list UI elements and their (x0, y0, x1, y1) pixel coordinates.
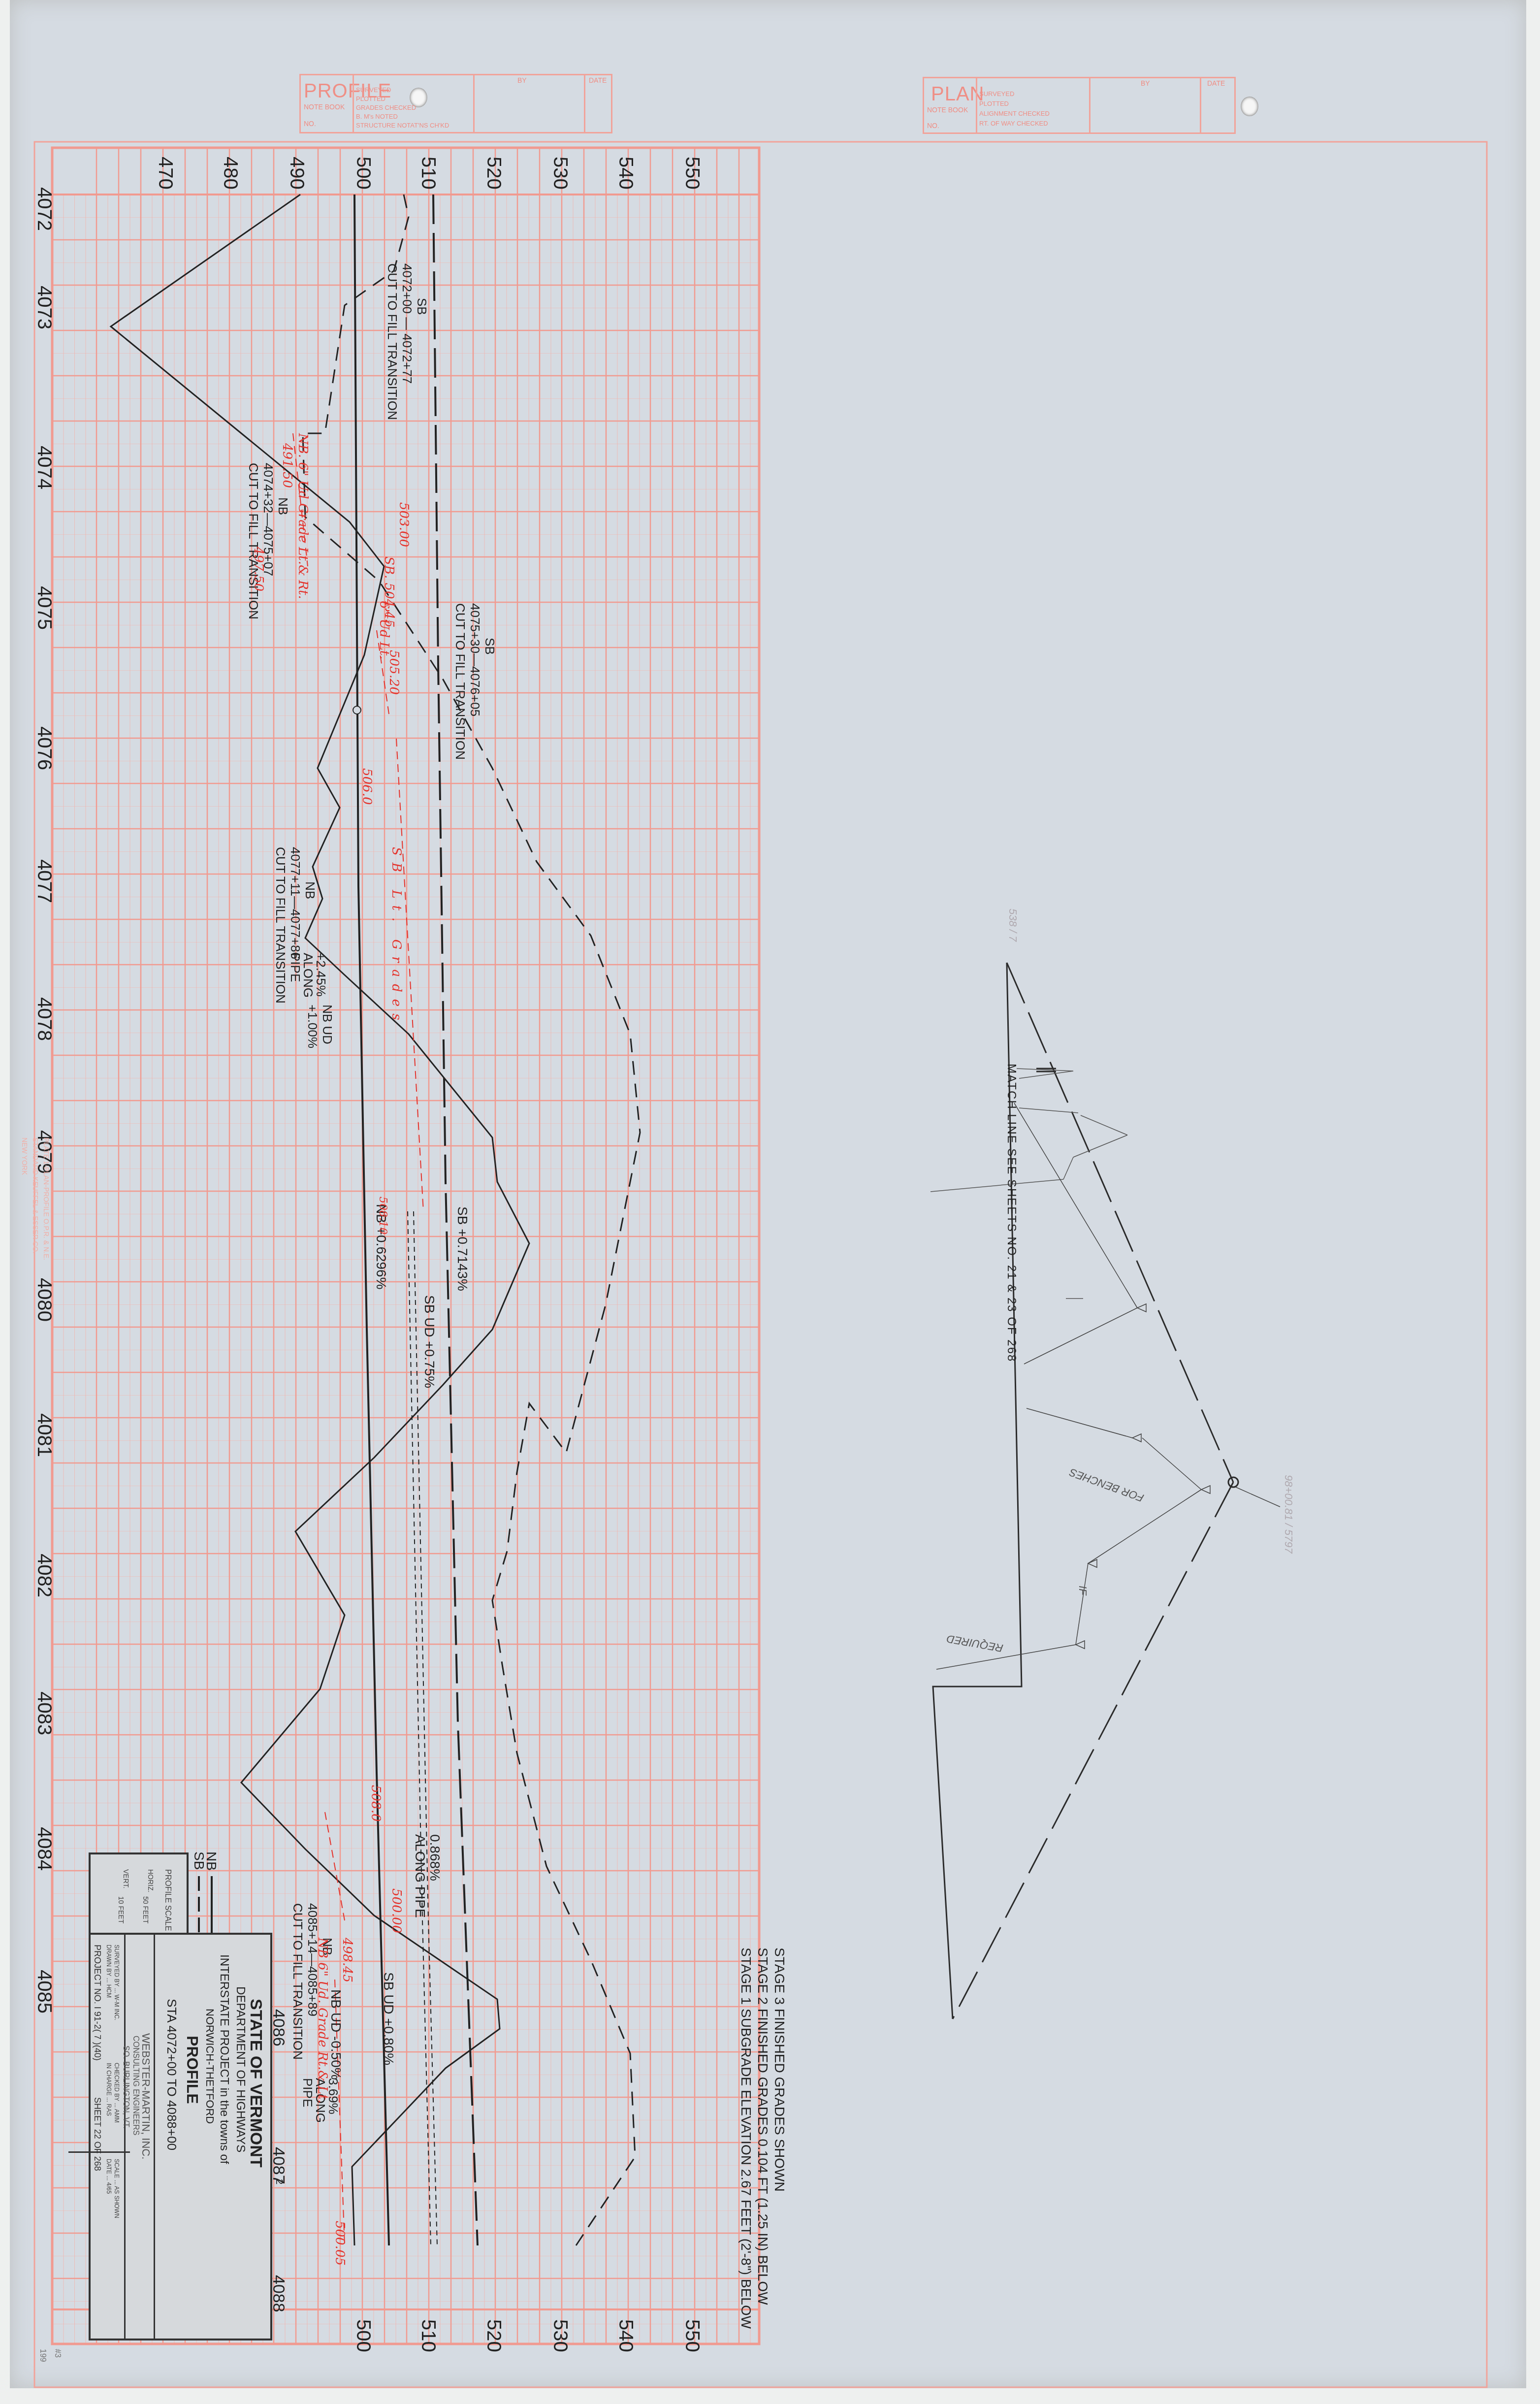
if-note: IF (1076, 1586, 1089, 1595)
red-elev-503: 503.00 (396, 502, 411, 547)
red-note-ud-lt: 6" Ud Lt. (377, 601, 391, 660)
station-label: 4082 (33, 1554, 55, 1597)
scale-title: PROFILE SCALE (163, 1869, 172, 1931)
pencil-note-2: 98+00.81 / 5797 (1282, 1475, 1295, 1554)
station-label: 4075 (33, 586, 55, 630)
stage-2-note: STAGE 2 FINISHED GRADES 0.104 FT (1.25 I… (754, 1948, 771, 2329)
red-elev-498-45: 498.45 (340, 1938, 354, 1982)
title-towns: NORWICH-THETFORD (203, 2009, 216, 2124)
station-label: 4077 (33, 859, 55, 903)
stage-1-note: STAGE 1 SUBGRADE ELEVATION 2.67 FEET (2'… (738, 1948, 754, 2329)
project-number: PROJECT NO. I 91-2( 7 )(40) (92, 1945, 102, 2061)
station-label: 4074 (33, 446, 55, 489)
station-label: 4083 (33, 1691, 55, 1735)
horiz-label: HORIZ. (147, 1869, 155, 1892)
corner-mark-1: #3 (53, 2349, 62, 2358)
elev-label: 520 (482, 2319, 505, 2352)
scale-value: SCALE ... AS SHOWN (113, 2159, 120, 2218)
date-value: DATE ... 4/65 (105, 2159, 112, 2194)
match-line-note: MATCH LINE SEE SHEETS NO. 21 & 23 OF 268 (1004, 1064, 1018, 1362)
station-label: 4085 (33, 1970, 55, 2014)
sb-grade-label: SB +0.7143% (454, 1206, 470, 1291)
elev-label: 500 (352, 2319, 374, 2352)
nb-ud-note-1: NB UD +1.00% (305, 1005, 335, 1048)
firm-name: WEBSTER-MARTIN, INC. (139, 2033, 152, 2159)
title-dept: DEPARTMENT OF HIGHWAYS (233, 1986, 247, 2152)
elev-label: 530 (549, 2319, 571, 2352)
elev-label: 550 (681, 157, 703, 190)
sheet-number: SHEET 22 OF 268 (92, 2097, 102, 2171)
station-label: 4076 (33, 726, 55, 770)
corner-mark-2: 199 (38, 2349, 47, 2362)
elev-label: 490 (286, 157, 308, 190)
station-label: 4081 (33, 1413, 55, 1457)
red-elev-508: 508.0 (368, 1785, 383, 1821)
legend-sb-line (198, 1876, 200, 1935)
sb-ud-label-2: SB UD +0.80% (381, 1972, 396, 2065)
along-pipe-note-2: 0.868% ALONG PIPE (413, 1834, 442, 1918)
profile-scale-box: PROFILE SCALE HORIZ. 50 FEET VERT. 10 FE… (89, 1852, 189, 1938)
horiz-value: 50 FEET (142, 1896, 150, 1923)
red-elev-506: 506.0 (359, 768, 374, 805)
margin-printer-mark: PLATE 1-PLAN-PROFILE O.P.R. & N.E. STAND… (19, 1137, 52, 1266)
elev-label: 540 (614, 2319, 637, 2352)
title-project: INTERSTATE PROJECT in the towns of (217, 1954, 231, 2164)
vert-label: VERT. (122, 1869, 130, 1888)
in-charge: IN CHARGE ... RAS (105, 2063, 112, 2116)
elev-label: 520 (482, 157, 505, 190)
station-label: 4080 (33, 1278, 55, 1322)
elev-label: 540 (614, 157, 637, 190)
nb-ud-label-2: NB UD -0.50% (328, 1989, 344, 2080)
red-elev-500: 500.00 (389, 1888, 404, 1933)
pencil-note-1: 538 / 7 (1006, 909, 1019, 942)
red-note-nb-ud: NB. 6" Ud Grade Lt.& Rt. (295, 433, 310, 599)
checked-by: CHECKED BY ... AMM (113, 2063, 120, 2123)
title-state: STATE OF VERMONT (246, 1999, 265, 2168)
red-note-nb-grade: NB 6" Ud. Grade Rt.& Lt. (315, 1938, 330, 2104)
red-elev-491-50: 491.50 (280, 443, 294, 488)
title-range: STA 4072+00 TO 4088+00 (164, 1999, 179, 2150)
stage-3-note: STAGE 3 FINISHED GRADES SHOWN (771, 1948, 788, 2329)
stage-notes: STAGE 3 FINISHED GRADES SHOWN STAGE 2 FI… (738, 1948, 788, 2329)
elev-label: 470 (154, 157, 176, 190)
surveyed-by: SURVEYED BY ... W-M INC. (113, 1945, 120, 2020)
stage-mark: 2 (273, 2179, 285, 2184)
elev-label: 480 (219, 157, 241, 190)
firm-address: SO. BURLINGTON, VT. (121, 2046, 130, 2129)
station-label: 4073 (33, 286, 55, 329)
elev-label: 500 (352, 157, 374, 190)
station-label: 4078 (33, 997, 55, 1041)
legend-sb-label: SB (191, 1852, 207, 1870)
red-elev-497-50: 497.50 (251, 547, 266, 591)
red-elev-508-10: 508.10 (377, 1197, 389, 1234)
title-block: STATE OF VERMONT DEPARTMENT OF HIGHWAYS … (89, 1933, 272, 2340)
elev-label: 550 (681, 2319, 703, 2352)
elev-label: 510 (417, 2319, 439, 2352)
elev-label: 530 (549, 157, 571, 190)
sb-transition-note-2: SB 4075+30—4076+05 CUT TO FILL TRANSITIO… (453, 603, 497, 760)
along-pipe-note-1: +2.45% ALONG PIPE (289, 953, 327, 998)
drawn-by: DRAWN BY ... HCM (105, 1945, 112, 1998)
sb-ud-label-1: SB UD +0.75% (421, 1295, 437, 1388)
station-label: 4084 (33, 1827, 55, 1871)
legend-nb-line (211, 1876, 213, 1935)
station-label: 4072 (33, 187, 55, 231)
red-note-sb-grades: SB Lt. Grades (389, 847, 404, 1027)
sb-transition-note-1: SB 4072+00 — 4072+77 CUT TO FILL TRANSIT… (385, 263, 429, 420)
vert-value: 10 FEET (117, 1896, 125, 1923)
firm-subtitle: CONSULTING ENGINEERS (131, 2036, 140, 2135)
elev-label: 510 (417, 157, 439, 190)
title-sheet-type: PROFILE (183, 2036, 201, 2104)
red-elev-500-05: 500.05 (332, 2221, 347, 2266)
